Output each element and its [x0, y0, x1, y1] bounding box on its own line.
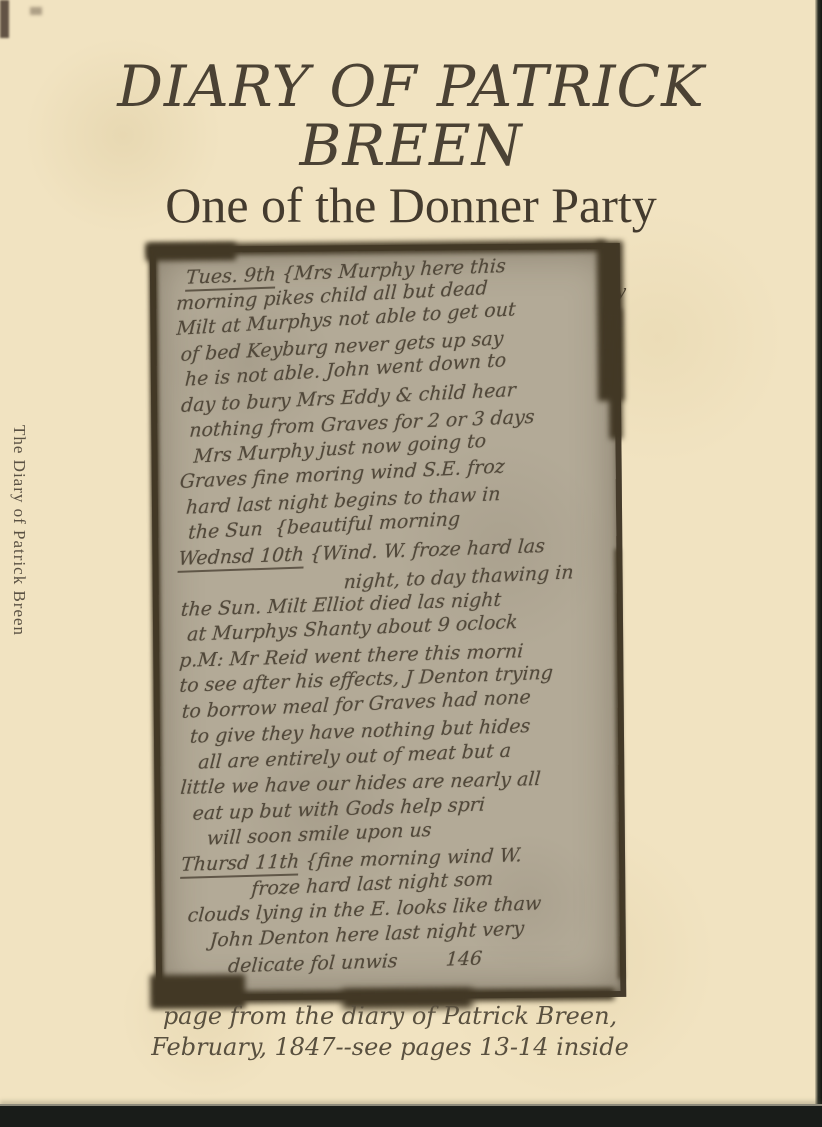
scan-edge-bottom-bar — [0, 1104, 822, 1127]
book-cover-page: DIARY OF PATRICK BREEN One of the Donner… — [0, 0, 822, 1127]
diary-date: Wednsd 10th — [178, 543, 305, 572]
diary-date: Thursd 11th — [180, 850, 300, 878]
spine-title: The Diary of Patrick Breen — [9, 425, 29, 636]
photo-caption: page from the diary of Patrick Breen, Fe… — [140, 1001, 640, 1063]
diary-page-photo: Tues. 9th {Mrs Murphy here thismorning p… — [150, 243, 627, 1001]
page-title: DIARY OF PATRICK BREEN — [0, 58, 822, 177]
caption-line-1: page from the diary of Patrick Breen, — [140, 1001, 640, 1032]
handwriting-lines: Tues. 9th {Mrs Murphy here thismorning p… — [156, 249, 620, 995]
scan-edge-dot-topleft — [30, 7, 42, 15]
caption-line-2: February, 1847--see pages 13-14 inside — [140, 1032, 640, 1063]
scan-edge-mark-topleft — [0, 0, 9, 38]
page-subtitle: One of the Donner Party — [0, 179, 822, 232]
